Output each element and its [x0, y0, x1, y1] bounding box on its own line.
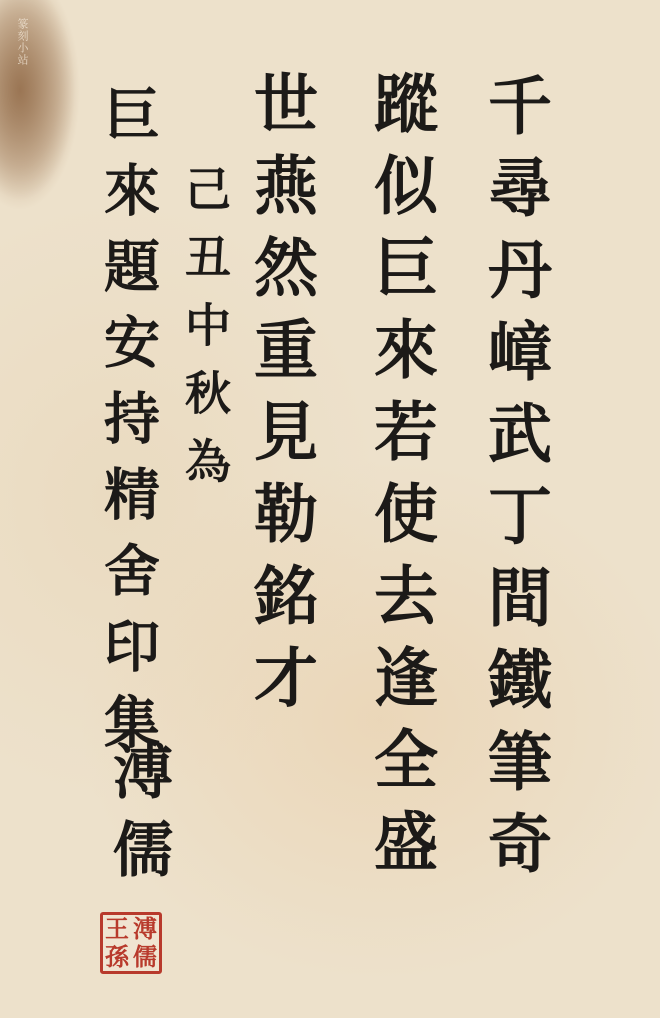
- seal-char: 孫: [103, 943, 131, 971]
- calligraphy-paper: 篆刻小站 千尋丹嶂武丁間鐵筆奇 蹤似巨來若使去逢全盛 世燕然重見勒銘才 己丑中秋…: [0, 0, 660, 1018]
- artist-signature: 溥儒: [108, 740, 168, 896]
- seal-char: 儒: [131, 943, 159, 971]
- watermark: 篆刻小站: [14, 18, 30, 66]
- poem-column-1: 千尋丹嶂武丁間鐵筆奇: [482, 72, 546, 892]
- seal-char: 王: [103, 915, 131, 943]
- water-stain: [0, 0, 85, 215]
- poem-column-2: 蹤似巨來若使去逢全盛: [368, 70, 432, 890]
- seal-char: 溥: [131, 915, 159, 943]
- poem-column-3: 世燕然重見勒銘才: [248, 70, 312, 726]
- red-seal-stamp: 溥 儒 王 孫: [100, 912, 162, 974]
- dedication-inscription: 巨來題安持精舍印集: [100, 85, 156, 769]
- date-inscription: 己丑中秋為: [182, 165, 228, 505]
